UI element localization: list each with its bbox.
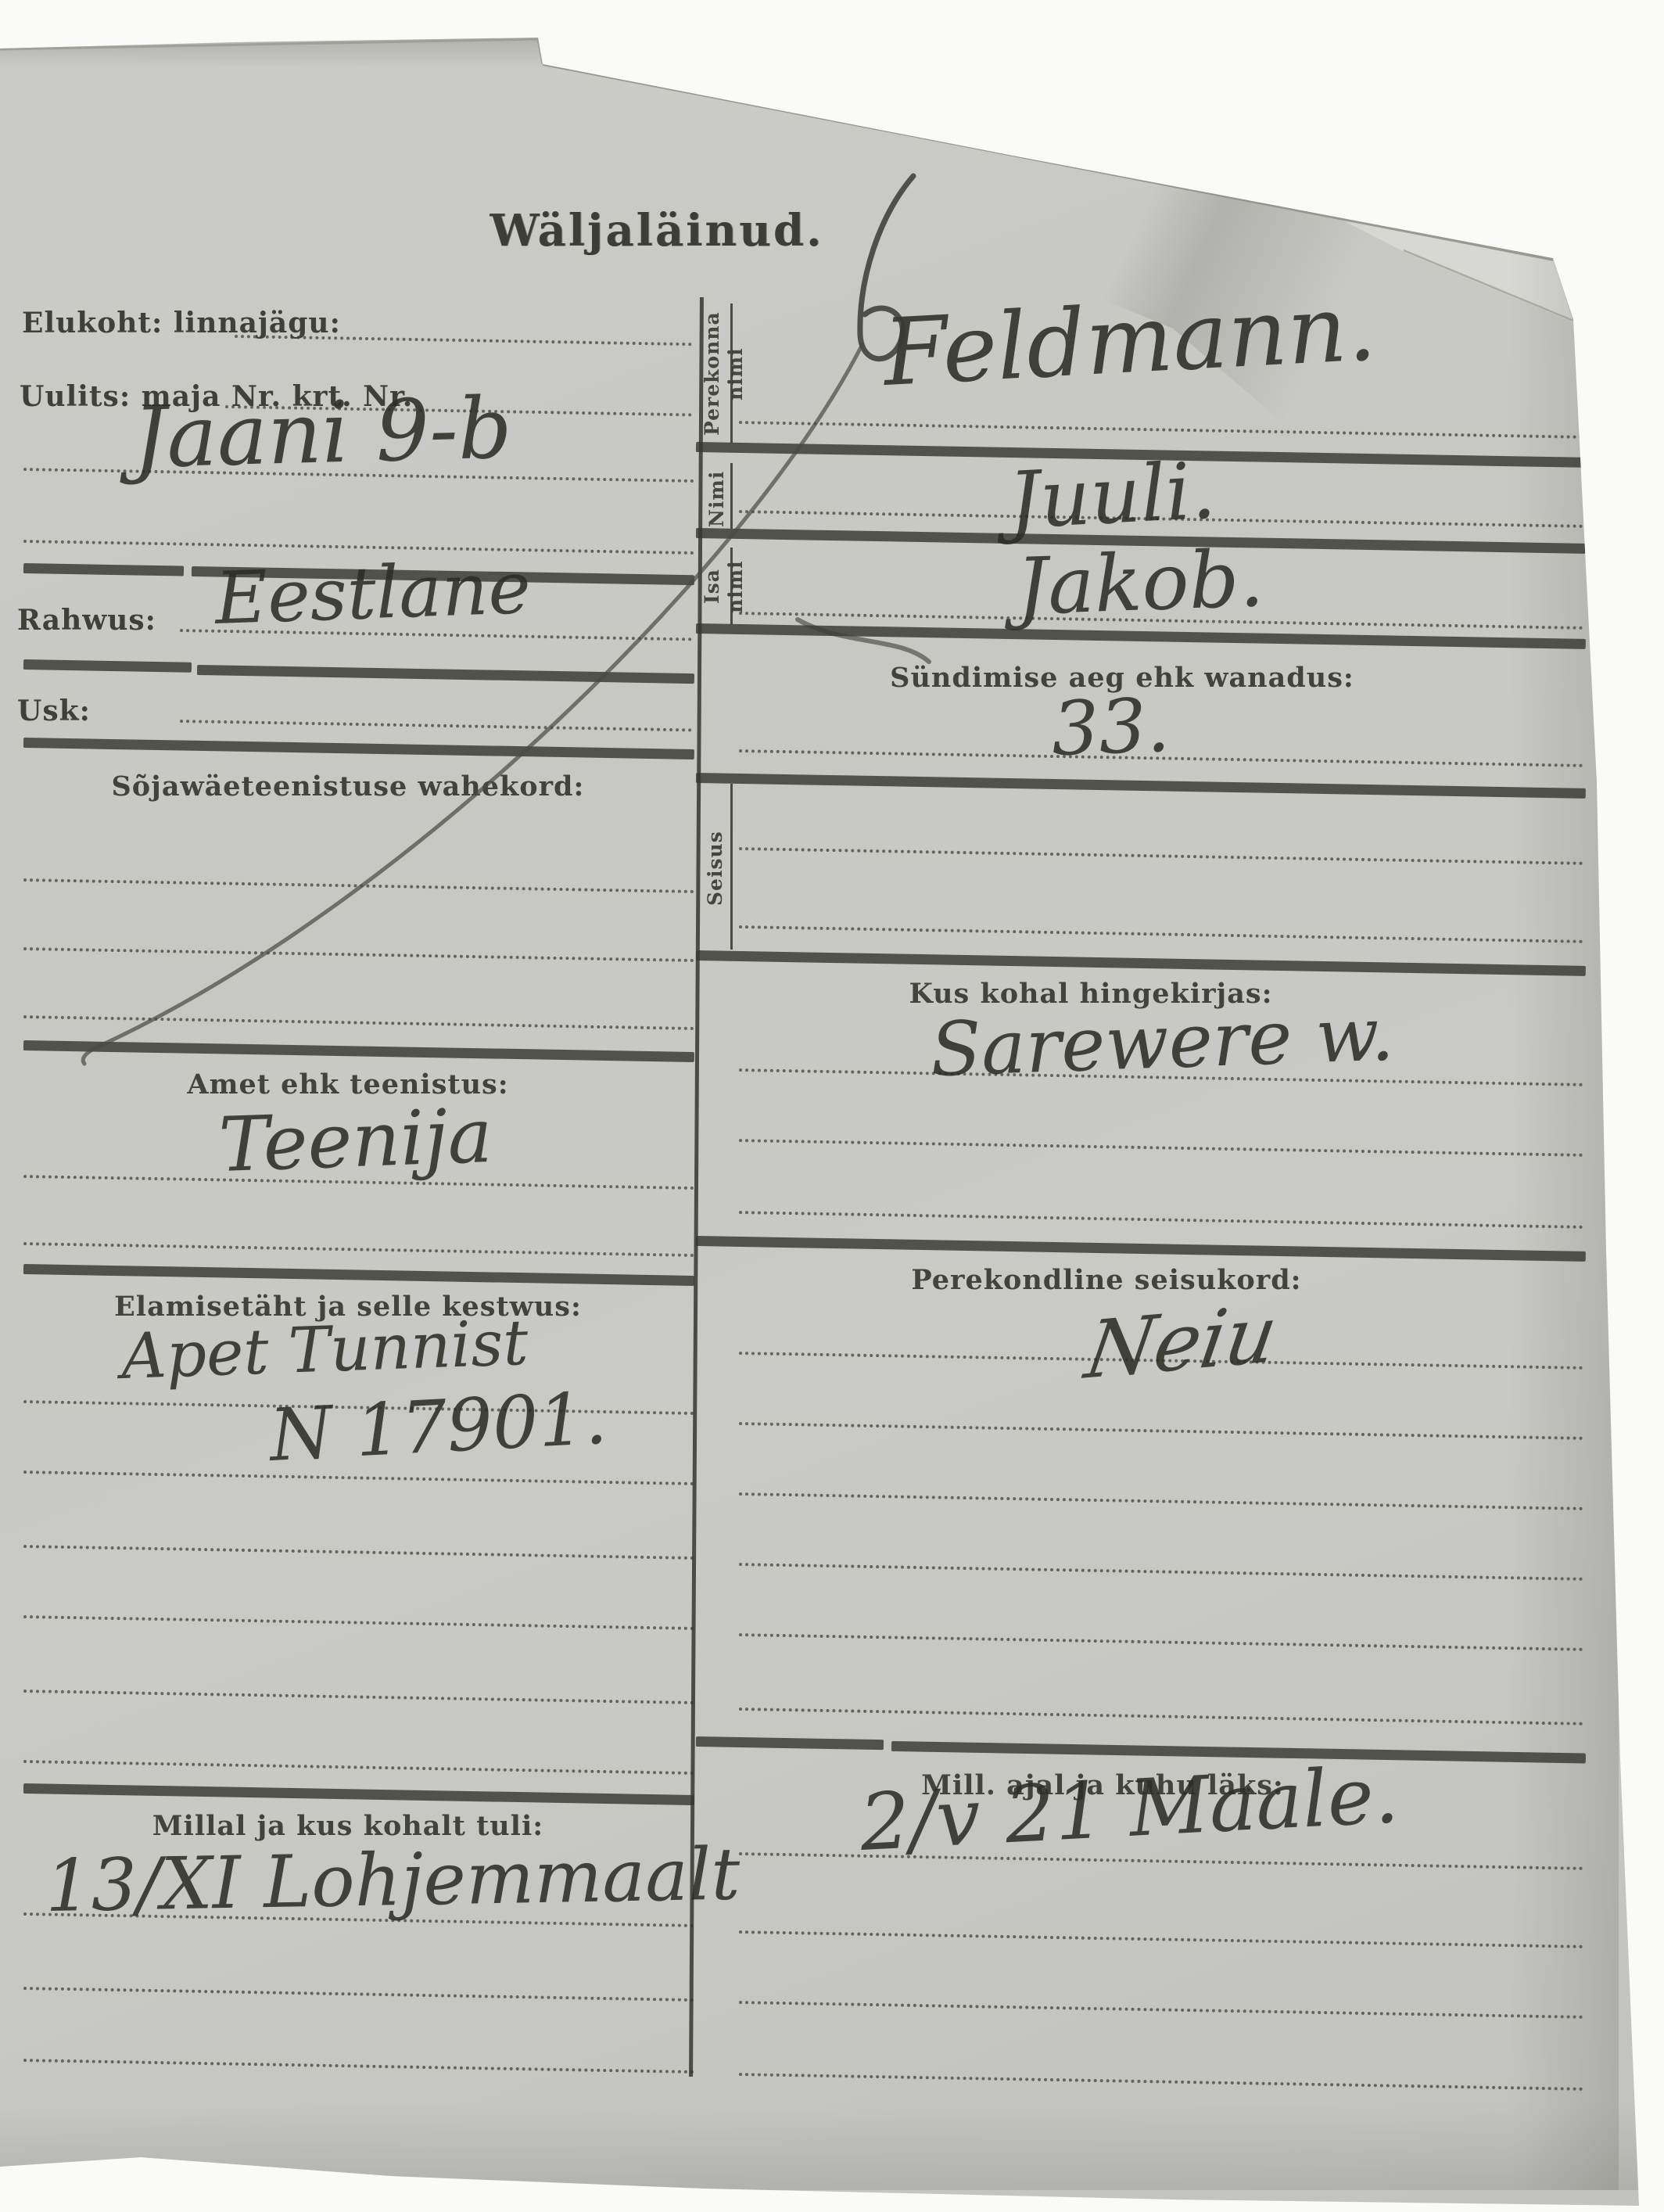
section-rule — [23, 563, 184, 576]
handwritten-first-name: Juuli. — [1006, 444, 1218, 547]
scanned-document: Wäljaläinud. Elukoht: linnajägu: Uulits:… — [0, 0, 1664, 2212]
dotted-line — [739, 2073, 1583, 2091]
dotted-line — [739, 1422, 1583, 1440]
section-rule — [23, 659, 192, 673]
field-label-rahwus: Rahwus: — [17, 604, 156, 637]
dotted-line — [23, 878, 694, 893]
dotted-line — [739, 1492, 1583, 1510]
section-rule — [197, 665, 694, 684]
dotted-line — [23, 1615, 694, 1630]
dotted-line — [23, 1690, 694, 1704]
paper-bottom-edge-shadow — [0, 2104, 1642, 2190]
paper-sheet: Wäljaläinud. Elukoht: linnajägu: Uulits:… — [0, 0, 1664, 2212]
handwritten-age: 33. — [1050, 683, 1171, 773]
handwritten-nationality: Eestlane — [213, 546, 532, 641]
handwritten-marital-status: Neiu — [1080, 1287, 1284, 1397]
section-header-amet: Amet ehk teenistus: — [23, 1068, 672, 1101]
section-header-military: Sõjawäeteenistuse wahekord: — [23, 770, 672, 803]
dotted-line — [739, 1633, 1583, 1651]
dotted-line — [739, 421, 1583, 439]
dotted-line — [739, 2001, 1583, 2019]
dotted-line — [23, 1987, 694, 2002]
dotted-line — [23, 1545, 694, 1560]
dotted-line — [23, 2059, 694, 2074]
section-rule — [696, 1736, 884, 1750]
handwritten-departure: 2/v 21 Maale. — [858, 1749, 1400, 1869]
dotted-line — [23, 947, 694, 962]
dotted-line — [739, 1930, 1583, 1948]
dotted-line — [739, 847, 1583, 865]
paper-top-edge-shadow — [0, 38, 1564, 69]
section-rule — [696, 773, 1586, 799]
dotted-line — [739, 1211, 1583, 1229]
field-label-seisus: Seisus — [704, 790, 730, 946]
field-label-usk: Usk: — [17, 695, 91, 727]
dotted-line — [739, 1563, 1583, 1581]
dotted-line — [23, 1760, 694, 1775]
dotted-line — [235, 335, 692, 346]
section-rule — [23, 1264, 694, 1286]
dotted-line — [739, 1707, 1583, 1725]
torn-top-edge — [0, 39, 543, 64]
dotted-line — [180, 720, 692, 731]
fold-underside-edge — [1404, 250, 1573, 321]
label-gutter-line — [730, 784, 733, 950]
section-rule — [696, 1236, 1586, 1262]
handwritten-street: Jaani 9-b — [131, 379, 513, 487]
section-rule — [23, 738, 694, 759]
section-rule — [23, 1783, 694, 1805]
section-header-perekondline: Perekondline seisukord: — [739, 1264, 1474, 1296]
handwritten-family-name: Feldmann. — [880, 273, 1379, 407]
handwritten-occupation: Teenija — [217, 1092, 493, 1189]
handwritten-father-name: Jakob. — [1015, 533, 1265, 633]
section-rule — [23, 1040, 694, 1062]
dotted-line — [23, 1015, 694, 1030]
handwritten-permit-line2: N 17901. — [267, 1376, 609, 1477]
handwritten-parish: Sarewere w. — [929, 991, 1395, 1093]
dotted-line — [23, 1242, 694, 1257]
field-label-nimi: Nimi — [705, 468, 732, 530]
field-label-elukoht: Elukoht: linnajägu: — [22, 307, 341, 339]
paper-right-edge-shadow — [1509, 250, 1619, 2190]
handwritten-permit-line1: Apet Tunnist — [120, 1306, 529, 1393]
dotted-line — [739, 1139, 1583, 1157]
section-rule — [696, 950, 1586, 976]
dotted-line — [739, 925, 1583, 943]
handwritten-arrival: 13/XI Lohjemmaalt — [45, 1833, 741, 1928]
form-title: Wäljaläinud. — [344, 205, 970, 257]
